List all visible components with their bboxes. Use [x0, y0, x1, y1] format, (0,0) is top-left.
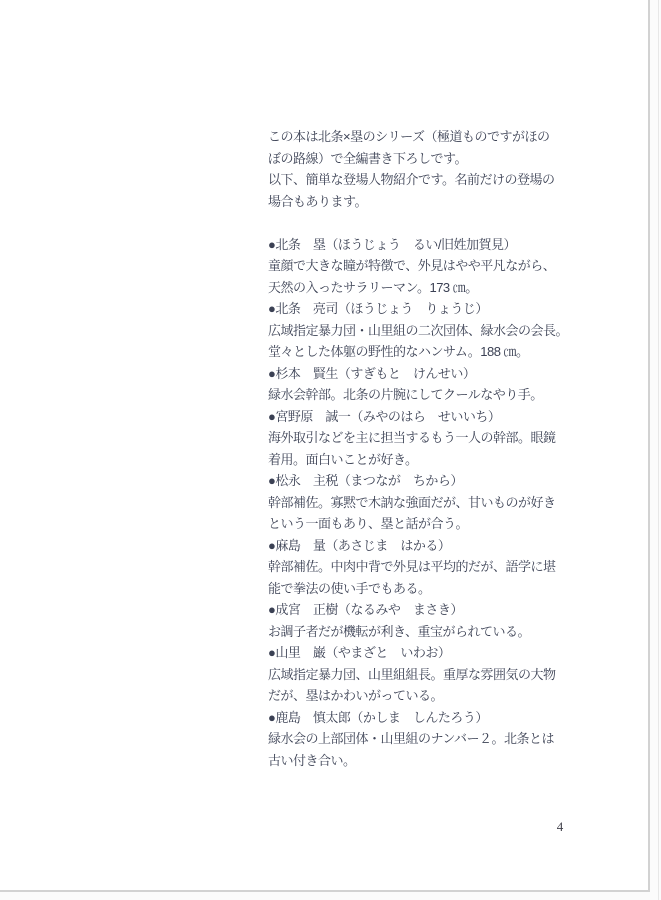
text-line: ●山里 巌（やまざと いわお）: [268, 642, 578, 664]
pdf-viewer-viewport: この本は北条×塁のシリーズ（極道ものですがほのぼの路線）で全編書き下ろしです。以…: [0, 0, 661, 900]
text-line: 広域指定暴力団・山里組の二次団体、緑水会の会長。: [268, 320, 578, 342]
text-line: ●北条 亮司（ほうじょう りょうじ）: [268, 298, 578, 320]
text-line: 海外取引などを主に担当するもう一人の幹部。眼鏡: [268, 427, 578, 449]
text-line: 緑水会の上部団体・山里組のナンバー２。北条とは: [268, 728, 578, 750]
text-line: この本は北条×塁のシリーズ（極道ものですがほの: [268, 126, 578, 148]
text-line: ●宮野原 誠一（みやのはら せいいち）: [268, 406, 578, 428]
document-page: この本は北条×塁のシリーズ（極道ものですがほのぼの路線）で全編書き下ろしです。以…: [0, 0, 650, 892]
text-line: 幹部補佐。寡黙で木訥な強面だが、甘いものが好き: [268, 492, 578, 514]
text-line: 以下、簡単な登場人物紹介です。名前だけの登場の: [268, 169, 578, 191]
text-line: 着用。面白いことが好き。: [268, 449, 578, 471]
text-line: 場合もあります。: [268, 191, 578, 213]
page-number: 4: [548, 819, 572, 835]
text-line: 広域指定暴力団、山里組組長。重厚な雰囲気の大物: [268, 664, 578, 686]
text-line: 古い付き合い。: [268, 750, 578, 772]
text-block: この本は北条×塁のシリーズ（極道ものですがほのぼの路線）で全編書き下ろしです。以…: [268, 126, 578, 771]
text-line: 堂々とした体躯の野性的なハンサム。188 ㎝。: [268, 341, 578, 363]
text-line: ●成宮 正樹（なるみや まさき）: [268, 599, 578, 621]
text-line: ●杉本 賢生（すぎもと けんせい）: [268, 363, 578, 385]
text-line: ●北条 塁（ほうじょう るい/旧姓加賀見）: [268, 234, 578, 256]
text-line: ●麻島 量（あさじま はかる）: [268, 535, 578, 557]
text-line: ぼの路線）で全編書き下ろしです。: [268, 148, 578, 170]
viewer-right-edge-line: [658, 0, 659, 900]
character-roster: ●北条 塁（ほうじょう るい/旧姓加賀見）童顔で大きな瞳が特徴で、外見はやや平凡…: [268, 234, 578, 772]
text-line: ●松永 主税（まつなが ちから）: [268, 470, 578, 492]
text-line: 童顔で大きな瞳が特徴で、外見はやや平凡ながら、: [268, 255, 578, 277]
text-line: 天然の入ったサラリーマン。173 ㎝。: [268, 277, 578, 299]
text-line: 幹部補佐。中肉中背で外見は平均的だが、語学に堪: [268, 556, 578, 578]
text-line: ●鹿島 慎太郎（かしま しんたろう）: [268, 707, 578, 729]
text-line: 能で拳法の使い手でもある。: [268, 578, 578, 600]
text-line: お調子者だが機転が利き、重宝がられている。: [268, 621, 578, 643]
text-line: 緑水会幹部。北条の片腕にしてクールなやり手。: [268, 384, 578, 406]
text-line: だが、塁はかわいがっている。: [268, 685, 578, 707]
intro-paragraph: この本は北条×塁のシリーズ（極道ものですがほのぼの路線）で全編書き下ろしです。以…: [268, 126, 578, 212]
text-line: という一面もあり、塁と話が合う。: [268, 513, 578, 535]
